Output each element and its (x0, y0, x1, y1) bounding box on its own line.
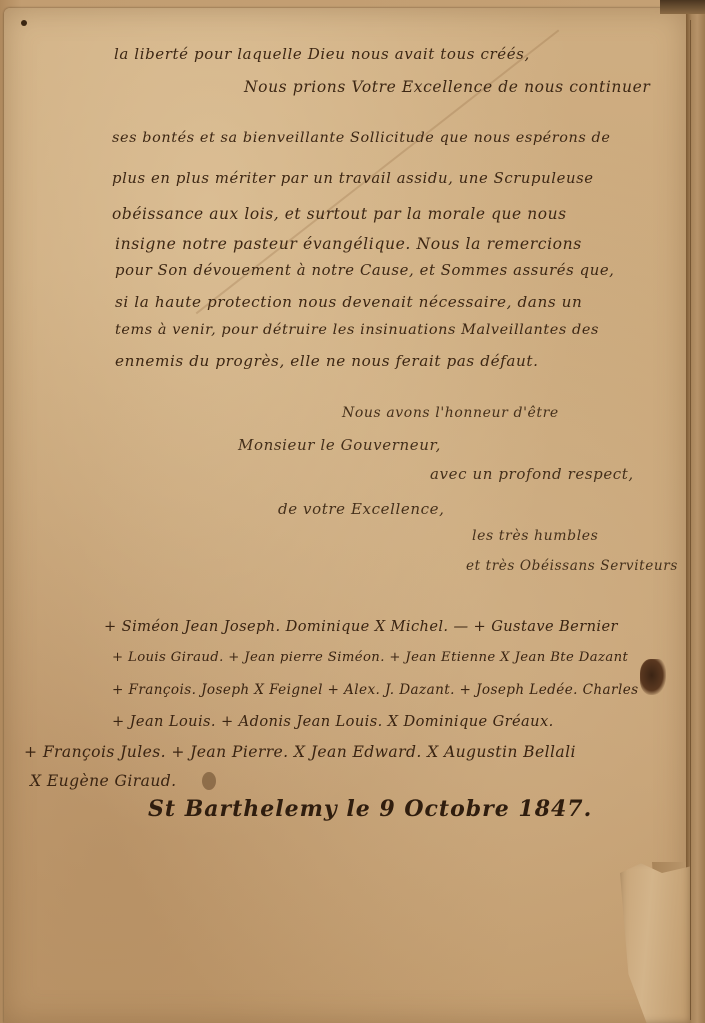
closing-line-6: et très Obéissans Serviteurs (466, 558, 678, 574)
body-line-10: ennemis du progrès, elle ne nous ferait … (115, 352, 539, 370)
place-date: St Barthelemy le 9 Octobre 1847. (148, 796, 592, 822)
body-line-1: la liberté pour laquelle Dieu nous avait… (114, 45, 530, 63)
top-corner-shadow (660, 0, 705, 14)
body-line-6: insigne notre pasteur évangélique. Nous … (115, 235, 582, 253)
body-line-7: pour Son dévouement à notre Cause, et So… (115, 262, 615, 279)
signature-line-3: + François. Joseph X Feignel + Alex. J. … (112, 682, 639, 698)
body-line-2: Nous prions Votre Excellence de nous con… (244, 78, 650, 96)
signature-line-6: X Eugène Giraud. (30, 772, 177, 790)
body-line-3: ses bontés et sa bienveillante Sollicitu… (112, 130, 610, 146)
signature-line-5: + François Jules. + Jean Pierre. X Jean … (24, 743, 576, 761)
body-line-9: tems à venir, pour détruire les insinuat… (115, 322, 599, 338)
closing-line-5: les très humbles (472, 528, 598, 544)
closing-line-3: avec un profond respect, (430, 465, 634, 483)
signature-line-2: + Louis Giraud. + Jean pierre Siméon. + … (112, 650, 628, 665)
body-line-8: si la haute protection nous devenait néc… (115, 293, 582, 311)
body-line-5: obéissance aux lois, et surtout par la m… (112, 205, 567, 223)
binding-line (690, 20, 691, 1020)
signature-line-4: + Jean Louis. + Adonis Jean Louis. X Dom… (112, 713, 554, 730)
signature-line-1: + Siméon Jean Joseph. Dominique X Michel… (104, 618, 618, 635)
closing-line-4: de votre Excellence, (278, 500, 444, 518)
closing-line-2: Monsieur le Gouverneur, (238, 436, 441, 454)
body-line-4: plus en plus mériter par un travail assi… (112, 170, 594, 187)
closing-line-1: Nous avons l'honneur d'être (342, 405, 559, 421)
paper-hole (21, 20, 27, 26)
ink-stain (202, 772, 216, 790)
ink-blot (640, 659, 666, 695)
